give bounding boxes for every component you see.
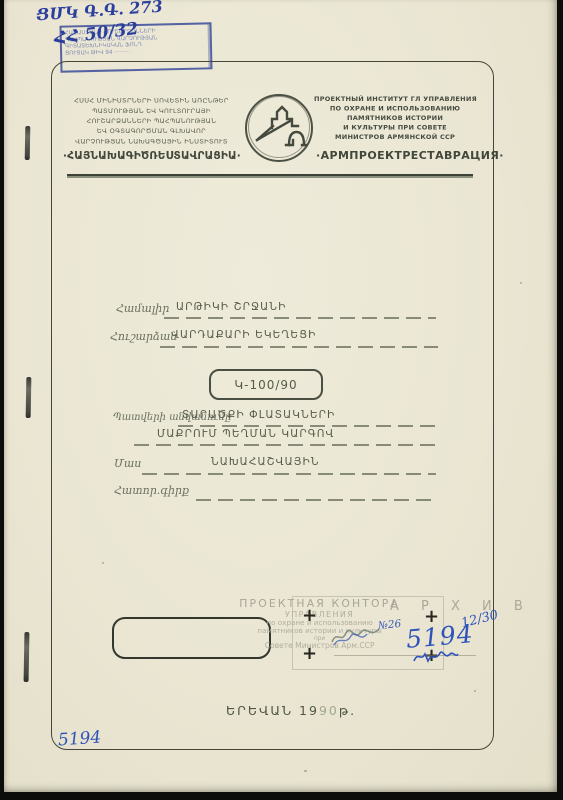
stamp-line: Совете Министров Арм.ССР	[226, 642, 413, 651]
field-line	[142, 473, 436, 475]
field-label-complex: Համալիր	[116, 302, 169, 315]
archive-lettering: А Р Х И В	[390, 599, 532, 614]
field-value-complex: ԱՐԹԻԿԻ ՇՐՋԱՆԻ	[176, 301, 286, 313]
footer-year-suffix: թ.	[339, 703, 356, 718]
handwritten-scribble	[412, 648, 460, 670]
field-line	[196, 499, 436, 501]
stamp-line: ПРОЕКТНАЯ КОНТОРА	[226, 597, 413, 610]
handwritten-archive-no: №26	[377, 618, 401, 632]
project-code: Կ-100/90	[234, 378, 297, 392]
field-value-part: ՆԱԽԱՀԱՇՎԱՅԻՆ	[211, 456, 320, 468]
staple-mark	[26, 377, 32, 418]
archive-ink-stamp-text: ՀԱՅԱՍՏԱՆԻ ՀՈՒՇԱՐՁԱՆՆԵՐԻ ՊԱՀՊԱՆՈՒԹՅԱՆ ՎԱՐ…	[65, 26, 210, 56]
footer-city: ԵՐԵՎԱՆ 19	[226, 703, 319, 718]
field-line	[160, 346, 438, 348]
field-line	[164, 317, 436, 319]
staple-mark	[24, 632, 30, 682]
field-value-order-2: ՄԱՔՐՈՒՄ ՊԵՂՄԱՆ ԿԱՐԳՈՎ	[157, 428, 335, 440]
letterhead-line: ПРОЕКТНЫЙ ИНСТИТУТ ГЛ УПРАВЛЕНИЯ	[314, 95, 476, 104]
field-value-order-1: ՏԱՐԱԾՔԻ ՓԼԱՏԱԿՆԵՐԻ	[182, 409, 335, 421]
letterhead-line: И КУЛЬТУРЫ ПРИ СОВЕТЕ	[314, 123, 476, 132]
registration-plus-mark: +	[302, 643, 317, 664]
letterhead-divider-rule	[67, 174, 473, 178]
letterhead-line: ՎԱՐՉՈՒԹՅԱՆ ՆԱԽԱԳԾԱՅԻՆ ԻՆՍՏԻՏՈՒՏ	[62, 137, 241, 147]
registration-plus-mark: +	[302, 605, 317, 626]
scanned-document: ՑՄԿ Գ.Գ. 273 ՀՀ 50/32 ՀԱՅԱՍՏԱՆԻ ՀՈՒՇԱՐՁԱ…	[0, 0, 563, 800]
project-code-box: Կ-100/90	[209, 369, 323, 400]
footer-city-year: ԵՐԵՎԱՆ 1990թ.	[226, 703, 356, 718]
letterhead-line: ՀՍՍՀ ՄԻՆԻՍՏՐՆԵՐԻ ՍՈՎԵՏԻՆ ԱՌԸՆԹԵՐ	[62, 96, 241, 106]
stamp-line: УПРАВЛЕНИЯ	[226, 610, 413, 619]
paper-sheet: ՑՄԿ Գ.Գ. 273 ՀՀ 50/32 ՀԱՅԱՍՏԱՆԻ ՀՈՒՇԱՐՁԱ…	[4, 0, 557, 792]
paper-speck	[102, 562, 104, 564]
signature-scribble	[330, 622, 382, 654]
institute-name-russian: ·АРМПРОЕКТРЕСТАВРАЦИЯ·	[316, 149, 476, 162]
footer-year-typed: 90	[319, 703, 339, 718]
letterhead-armenian-block: ՀՍՍՀ ՄԻՆԻՍՏՐՆԵՐԻ ՍՈՎԵՏԻՆ ԱՌԸՆԹԵՐ ՊԱՏՄՈՒԹ…	[62, 96, 241, 147]
handwritten-case-number-line1: ՑՄԿ Գ.Գ. 273	[35, 0, 163, 24]
letterhead-line: ПО ОХРАНЕ И ИСПОЛЬЗОВАНИЮ	[314, 104, 476, 113]
field-line	[134, 444, 436, 446]
field-value-monument: ՎԱՐԴԱՔԱՐԻ ԵԿԵՂԵՑԻ	[171, 329, 316, 341]
letterhead-line: ՊԱՏՄՈՒԹՅԱՆ ԵՎ ԿՈՒԼՏՈՒՐԱՅԻ	[62, 106, 241, 116]
institute-name-armenian: ·ՀԱՅՆԱԽԱԳԻԾՌԵՍՏԱՎՐԱՑԻԱ·	[60, 150, 244, 162]
field-label-monument: Հուշարձան	[110, 330, 177, 343]
handwritten-bottom-number: 5194	[57, 728, 102, 751]
paper-speck	[474, 690, 476, 692]
paper-speck	[304, 770, 307, 772]
letterhead-line: ՀՈՒՇԱՐՁԱՆՆԵՐԻ ՊԱՀՊԱՆՈՒԹՅԱՆ	[62, 116, 241, 126]
field-label-part: Մաս	[114, 457, 141, 470]
institute-logo-icon	[242, 90, 316, 166]
letterhead-line: ԵՎ ՕԳՏԱԳՈՐԾՄԱՆ ԳԼԽԱՎՈՐ	[62, 127, 241, 137]
field-line	[178, 425, 436, 427]
paper-speck	[520, 282, 522, 284]
field-label-volume: Հատոր.գիրք	[114, 484, 189, 497]
letterhead-line: ПАМЯТНИКОВ ИСТОРИИ	[314, 114, 476, 123]
staple-mark	[25, 126, 31, 160]
letterhead-russian-block: ПРОЕКТНЫЙ ИНСТИТУТ ГЛ УПРАВЛЕНИЯ ПО ОХРА…	[314, 95, 476, 142]
letterhead-line: МИНИСТРОВ АРМЯНСКОЙ ССР	[314, 133, 476, 142]
